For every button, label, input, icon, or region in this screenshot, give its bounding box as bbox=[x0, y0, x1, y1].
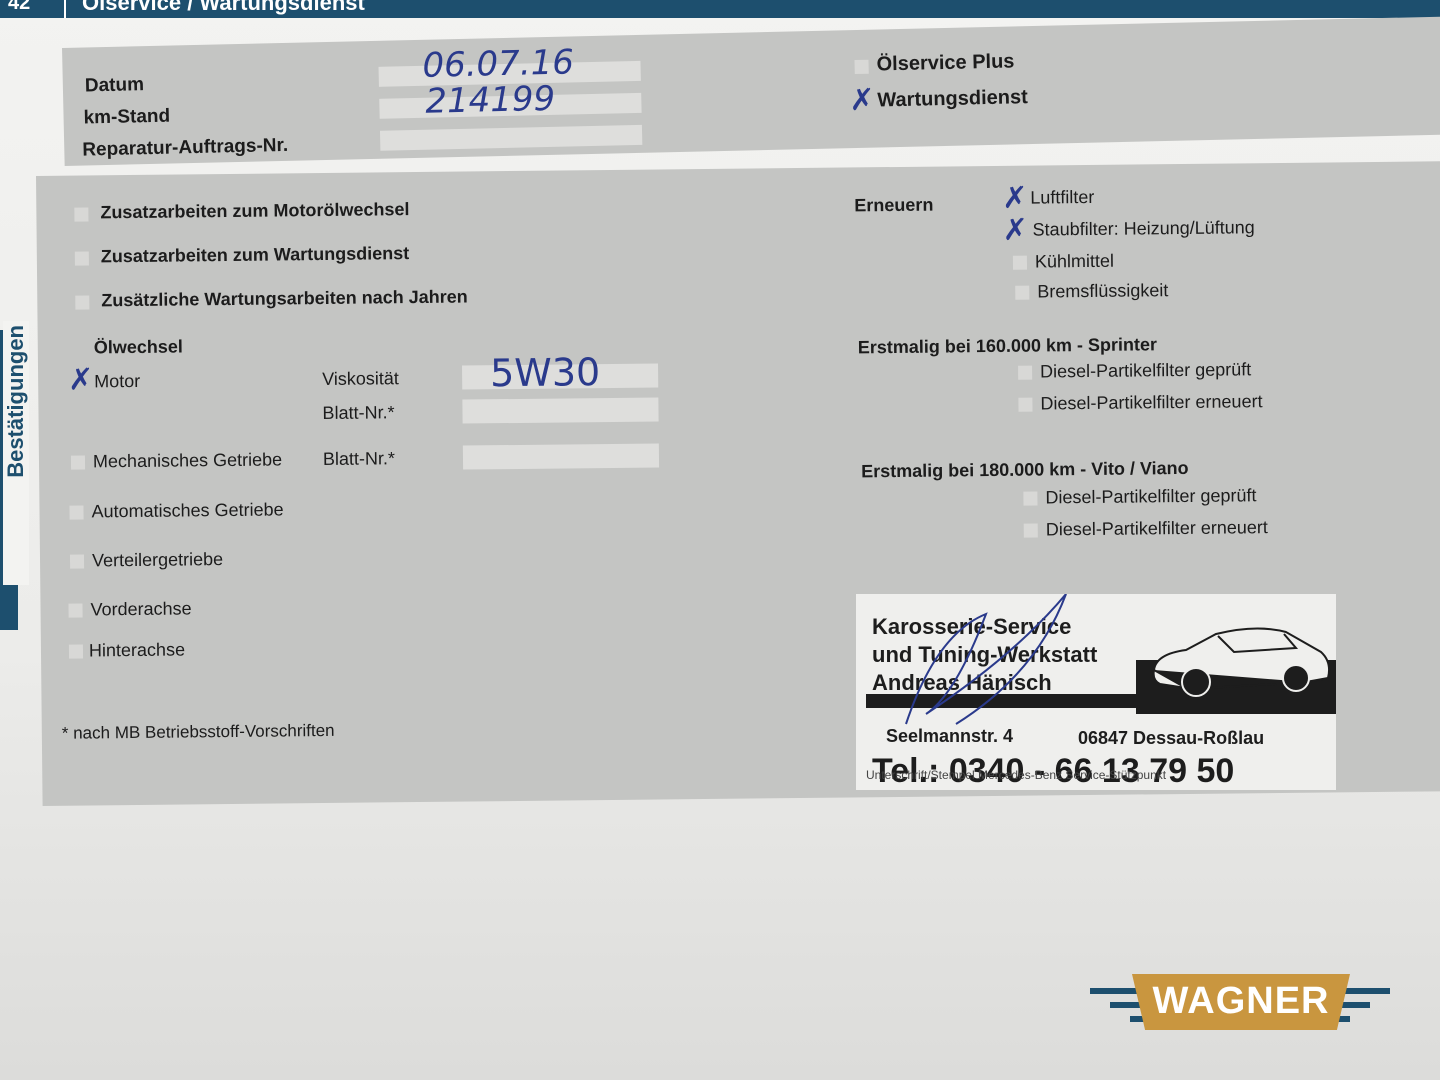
renew-heading: Erneuern bbox=[854, 195, 933, 217]
mech-gearbox-label: Mechanisches Getriebe bbox=[93, 449, 282, 472]
date-label: Datum bbox=[85, 74, 145, 97]
sidebar-label: Bestätigungen bbox=[3, 321, 29, 585]
page-title: Ölservice / Wartungsdienst bbox=[82, 0, 365, 16]
sprinter-dpf-checked-checkbox[interactable] bbox=[1018, 366, 1032, 380]
stamp-caption: Unterschrift/Stempel Mercedes-Benz Servi… bbox=[866, 768, 1166, 782]
vito-dpf-checked-checkbox[interactable] bbox=[1023, 492, 1037, 506]
header-divider bbox=[64, 0, 66, 18]
extra-oil-change-checkbox[interactable] bbox=[74, 207, 88, 221]
air-filter-label: Luftfilter bbox=[1030, 187, 1094, 209]
vito-dpf-renewed-checkbox[interactable] bbox=[1024, 524, 1038, 538]
car-icon bbox=[1146, 622, 1336, 702]
service-booklet-page: 42 Ölservice / Wartungsdienst Bestätigun… bbox=[0, 0, 1440, 1080]
extra-maintenance-checkbox[interactable] bbox=[75, 251, 89, 265]
km-label: km-Stand bbox=[83, 106, 170, 130]
dust-filter-label: Staubfilter: Heizung/Lüftung bbox=[1033, 217, 1255, 240]
front-axle-checkbox[interactable] bbox=[68, 604, 82, 618]
coolant-label: Kühlmittel bbox=[1035, 251, 1114, 273]
footnote: * nach MB Betriebsstoff-Vorschriften bbox=[62, 721, 335, 744]
auto-gearbox-checkbox[interactable] bbox=[69, 506, 83, 520]
viscosity-value: 5W30 bbox=[490, 350, 601, 395]
front-axle-label: Vorderachse bbox=[90, 598, 191, 620]
coolant-checkbox[interactable] bbox=[1013, 256, 1027, 270]
brake-fluid-checkbox[interactable] bbox=[1015, 286, 1029, 300]
oelservice-plus-label: Ölservice Plus bbox=[876, 50, 1014, 76]
km-value: 214199 bbox=[425, 79, 556, 122]
viscosity-label: Viskosität bbox=[322, 368, 399, 390]
motor-label: Motor bbox=[94, 371, 140, 392]
repair-order-label: Reparatur-Auftrags-Nr. bbox=[82, 135, 288, 162]
transfer-case-label: Verteilergetriebe bbox=[92, 549, 223, 571]
extra-oil-change-label: Zusatzarbeiten zum Motorölwechsel bbox=[100, 199, 409, 223]
extra-maintenance-label: Zusatzarbeiten zum Wartungsdienst bbox=[101, 243, 410, 267]
air-filter-check-mark-icon[interactable]: ✗ bbox=[1002, 184, 1027, 214]
stamp-city: 06847 Dessau-Roßlau bbox=[1078, 728, 1264, 749]
sprinter-dpf-renewed-checkbox[interactable] bbox=[1018, 398, 1032, 412]
rear-axle-checkbox[interactable] bbox=[69, 645, 83, 659]
workshop-stamp: Karosserie-Service und Tuning-Werkstatt … bbox=[856, 594, 1336, 790]
motor-sheet-field[interactable] bbox=[462, 397, 658, 423]
mech-gearbox-checkbox[interactable] bbox=[71, 456, 85, 470]
yearly-maintenance-checkbox[interactable] bbox=[75, 295, 89, 309]
yearly-maintenance-label: Zusätzliche Wartungsarbeiten nach Jahren bbox=[101, 286, 468, 311]
top-section: Datum km-Stand Reparatur-Auftrags-Nr. 06… bbox=[62, 16, 1440, 166]
page-header-bar: 42 Ölservice / Wartungsdienst bbox=[0, 0, 1440, 18]
mech-gearbox-sheet-label: Blatt-Nr.* bbox=[323, 448, 395, 470]
page-number: 42 bbox=[8, 0, 30, 15]
sprinter-dpf-renewed-label: Diesel-Partikelfilter erneuert bbox=[1040, 391, 1262, 414]
transfer-case-checkbox[interactable] bbox=[70, 555, 84, 569]
mech-gearbox-sheet-field[interactable] bbox=[463, 443, 659, 469]
motor-sheet-label: Blatt-Nr.* bbox=[322, 402, 394, 424]
brake-fluid-label: Bremsflüssigkeit bbox=[1037, 280, 1168, 302]
auto-gearbox-label: Automatisches Getriebe bbox=[91, 499, 283, 522]
vito-dpf-renewed-label: Diesel-Partikelfilter erneuert bbox=[1046, 517, 1268, 540]
wartungsdienst-label: Wartungsdienst bbox=[877, 86, 1028, 112]
sprinter-heading: Erstmalig bei 160.000 km - Sprinter bbox=[858, 334, 1157, 358]
oelservice-plus-checkbox[interactable] bbox=[854, 60, 868, 74]
motor-check-mark-icon[interactable]: ✗ bbox=[68, 365, 93, 395]
repair-order-field[interactable] bbox=[380, 125, 642, 151]
dust-filter-check-mark-icon[interactable]: ✗ bbox=[1002, 216, 1027, 246]
oil-change-heading: Ölwechsel bbox=[94, 336, 183, 358]
vito-dpf-checked-label: Diesel-Partikelfilter geprüft bbox=[1045, 485, 1256, 508]
signature-scribble bbox=[896, 594, 1076, 734]
wartungsdienst-check-mark-icon[interactable]: ✗ bbox=[849, 86, 875, 117]
dealer-logo: WAGNER bbox=[1090, 972, 1390, 1032]
sprinter-dpf-checked-label: Diesel-Partikelfilter geprüft bbox=[1040, 359, 1251, 382]
logo-text: WAGNER bbox=[1132, 980, 1350, 1023]
vito-heading: Erstmalig bei 180.000 km - Vito / Viano bbox=[861, 458, 1189, 482]
rear-axle-label: Hinterachse bbox=[89, 639, 185, 661]
